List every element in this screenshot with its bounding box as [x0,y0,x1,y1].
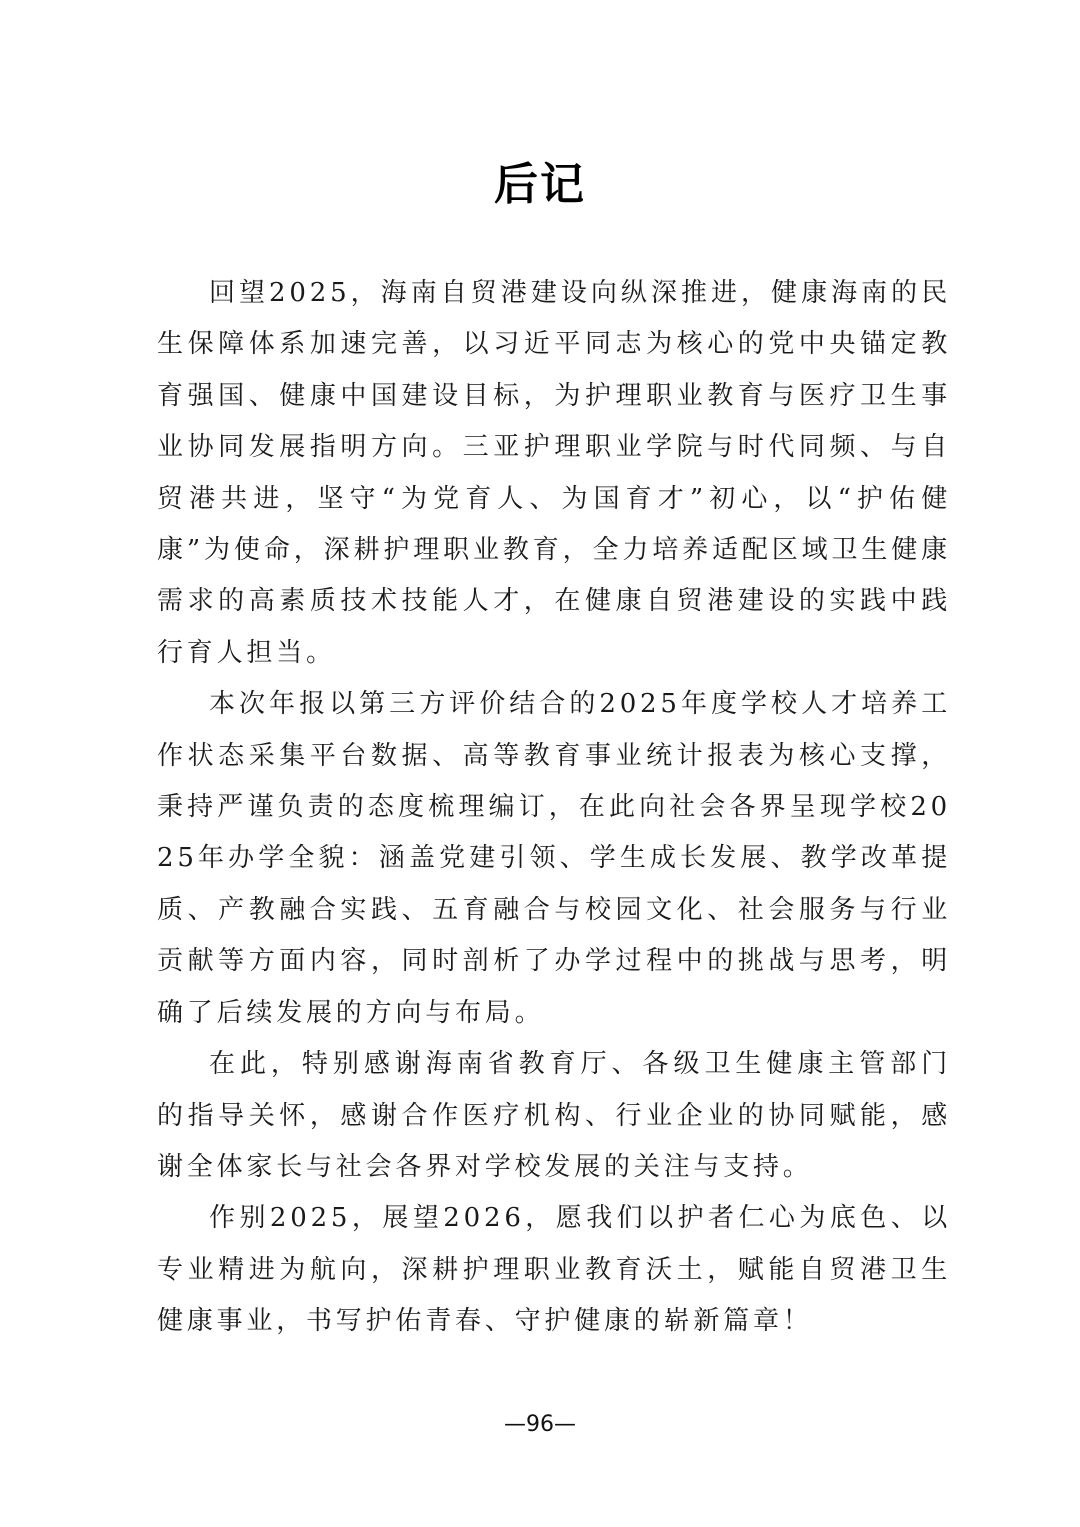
paragraph-outlook-2026: 作别2025，展望2026，愿我们以护者仁心为底色、以专业精进为航向，深耕护理职… [157,1193,951,1347]
page-title: 后记 [0,157,1080,213]
paragraph-acknowledgements: 在此，特别感谢海南省教育厅、各级卫生健康主管部门的指导关怀，感谢合作医疗机构、行… [157,1039,951,1193]
page-number: —96— [0,1410,1080,1440]
paragraph-review-2025: 回望2025，海南自贸港建设向纵深推进，健康海南的民生保障体系加速完善，以习近平… [157,268,951,679]
paragraph-report-overview: 本次年报以第三方评价结合的2025年度学校人才培养工作状态采集平台数据、高等教育… [157,679,951,1039]
document-page: 后记 回望2025，海南自贸港建设向纵深推进，健康海南的民生保障体系加速完善，以… [0,0,1080,1527]
body-text: 回望2025，海南自贸港建设向纵深推进，健康海南的民生保障体系加速完善，以习近平… [157,268,951,1348]
